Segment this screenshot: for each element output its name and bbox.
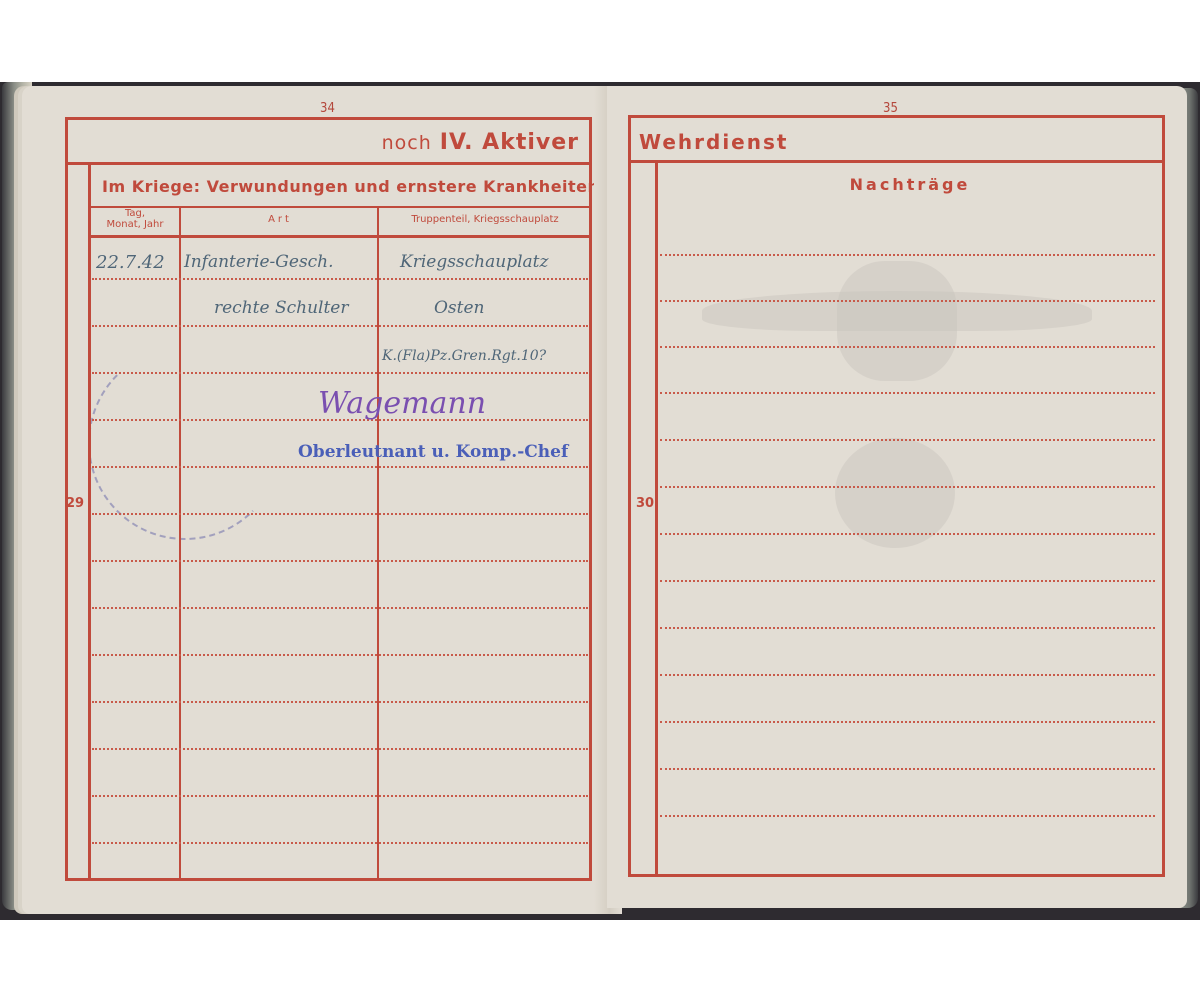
header-title: IV. Aktiver [440, 130, 579, 155]
ruled-row [92, 795, 588, 797]
rank-stamp: Oberleutnant u. Komp.-Chef [298, 442, 568, 462]
col-header-date: Tag, Monat, Jahr [90, 208, 180, 230]
ruled-row [660, 721, 1155, 723]
entry-unit-line2: Osten [434, 298, 485, 318]
header-divider [65, 162, 592, 165]
side-number-right: 30 [636, 496, 654, 511]
ruled-row [660, 300, 1155, 302]
ruled-row [660, 815, 1155, 817]
right-header: Wehrdienst [639, 130, 788, 154]
ruled-row [660, 439, 1155, 441]
entry-unit-line1: Kriegsschauplatz [400, 252, 548, 272]
section-title-right: Nachträge [655, 175, 1165, 194]
officer-signature: Wagemann [318, 386, 486, 421]
left-page: 34 nochIV. Aktiver 29 Im Kriege: Verwund… [22, 86, 607, 914]
ruled-row [92, 654, 588, 656]
ruled-row [92, 466, 588, 468]
header-prefix: noch [382, 132, 432, 154]
page-number-left: 34 [320, 101, 335, 116]
col-header-type: Art [182, 214, 378, 225]
margin-column-line [88, 164, 91, 880]
ruled-row [660, 533, 1155, 535]
entry-unit-line3: K.(Fla)Pz.Gren.Rgt.10? [382, 348, 546, 364]
column-header-divider [89, 235, 591, 238]
ruled-row [660, 486, 1155, 488]
header-divider-right [628, 160, 1165, 163]
ruled-row [660, 254, 1155, 256]
ruled-row [92, 842, 588, 844]
open-booklet: 34 nochIV. Aktiver 29 Im Kriege: Verwund… [0, 82, 1200, 920]
side-number-left: 29 [66, 496, 84, 511]
column-line-2 [377, 206, 379, 880]
entry-date: 22.7.42 [96, 252, 165, 273]
ruled-row [660, 580, 1155, 582]
ruled-row [92, 513, 588, 515]
margin-column-line-right [655, 162, 658, 876]
left-header: nochIV. Aktiver [382, 130, 579, 155]
col-header-unit: Truppenteil, Kriegsschauplatz [380, 214, 590, 225]
entry-type-line2: rechte Schulter [214, 298, 348, 318]
page-number-right: 35 [883, 101, 898, 116]
section-title: Im Kriege: Verwundungen und ernstere Kra… [102, 177, 599, 196]
ruled-row [660, 627, 1155, 629]
ruled-row [92, 701, 588, 703]
left-form-frame [65, 117, 592, 881]
ruled-row [660, 346, 1155, 348]
entry-type-line1: Infanterie-Gesch. [184, 252, 334, 272]
ruled-row [92, 372, 588, 374]
ruled-row [92, 607, 588, 609]
ruled-row [660, 768, 1155, 770]
right-form-frame [628, 115, 1165, 877]
ruled-row [660, 674, 1155, 676]
ruled-row [92, 748, 588, 750]
ruled-row [92, 560, 588, 562]
ruled-row [92, 325, 588, 327]
right-page: 35 Wehrdienst 30 Nachträge [607, 86, 1187, 908]
ruled-row [660, 392, 1155, 394]
column-line-1 [179, 206, 181, 880]
ruled-row [92, 278, 588, 280]
